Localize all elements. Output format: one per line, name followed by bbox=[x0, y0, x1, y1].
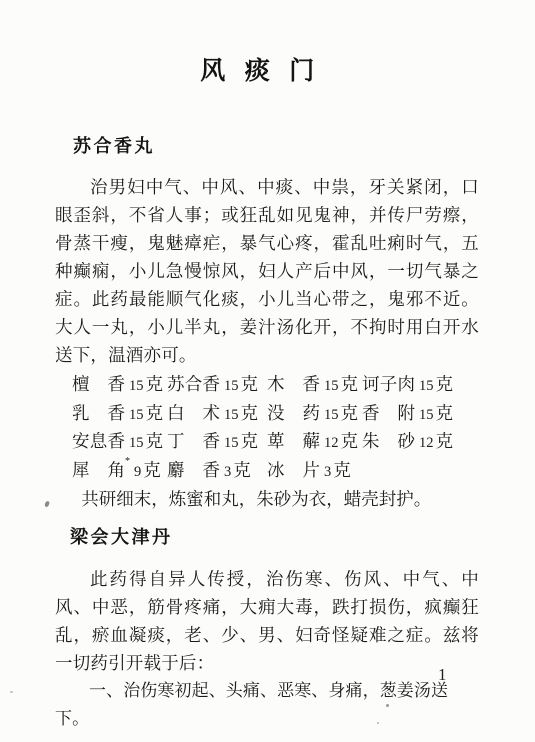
scan-speckle bbox=[386, 704, 389, 707]
text-column: 风痰门 苏合香丸 治男妇中气、中风、中痰、中祟，牙关紧闭，口眼歪斜，不省人事；或… bbox=[55, 0, 479, 733]
ingredient-quantity: 15 bbox=[224, 435, 239, 451]
ingredient-quantity: 15 bbox=[419, 407, 434, 423]
ingredient-item: 木香15克 bbox=[267, 371, 362, 400]
ingredient-unit: 克 bbox=[333, 460, 351, 480]
ingredient-item: 香附15克 bbox=[362, 400, 479, 429]
ingredient-quantity: 15 bbox=[129, 378, 144, 394]
ingredient-item: 冰片3克 bbox=[267, 457, 362, 486]
ingredient-unit: 克 bbox=[241, 431, 259, 451]
ingredient-unit: 克 bbox=[341, 374, 359, 394]
ingredient-name: 麝香 bbox=[167, 457, 220, 484]
footnote-marker: * bbox=[125, 456, 130, 467]
ingredient-unit: 克 bbox=[233, 460, 251, 480]
usage-list-item: 一、治伤寒初起、头痛、恶寒、身痛，葱姜汤送下。 bbox=[55, 677, 479, 733]
formula-heading-lianghuidajindan: 梁会大津丹 bbox=[70, 525, 479, 549]
scanned-book-page: 风痰门 苏合香丸 治男妇中气、中风、中痰、中祟，牙关紧闭，口眼歪斜，不省人事；或… bbox=[0, 0, 535, 742]
scan-speckle bbox=[377, 722, 379, 724]
scan-speckle bbox=[44, 501, 50, 508]
ingredient-quantity: 15 bbox=[324, 378, 339, 394]
ingredient-item: 安息香15克 bbox=[72, 428, 167, 457]
ingredient-quantity: 15 bbox=[419, 378, 434, 394]
ingredient-item: 诃子肉15克 bbox=[362, 371, 479, 400]
ingredient-name: 犀角 bbox=[72, 457, 125, 484]
page-number: 1 bbox=[438, 665, 447, 685]
ingredient-name: 木香 bbox=[267, 371, 320, 398]
ingredient-unit: 克 bbox=[146, 431, 164, 451]
ingredient-quantity: 15 bbox=[224, 407, 239, 423]
ingredient-quantity: 15 bbox=[129, 407, 144, 423]
ingredient-name: 檀香 bbox=[72, 371, 125, 398]
ingredient-name: 丁香 bbox=[167, 428, 220, 455]
ingredient-name: 苏合香 bbox=[167, 371, 220, 398]
ingredient-name: 乳香 bbox=[72, 400, 125, 427]
ingredient-quantity: 3 bbox=[324, 464, 331, 480]
ingredient-item: 白术15克 bbox=[167, 400, 267, 429]
ingredient-item: 苏合香15克 bbox=[167, 371, 267, 400]
ingredient-item: 乳香15克 bbox=[72, 400, 167, 429]
ingredient-unit: 克 bbox=[241, 374, 259, 394]
ingredient-item: 朱砂12克 bbox=[362, 428, 479, 457]
ingredient-unit: 克 bbox=[436, 403, 454, 423]
ingredient-quantity: 15 bbox=[224, 378, 239, 394]
ingredient-name: 萆薢 bbox=[267, 428, 320, 455]
ingredient-item: 麝香3克 bbox=[167, 457, 267, 486]
ingredient-name: 诃子肉 bbox=[362, 371, 415, 398]
ingredient-quantity: 15 bbox=[324, 407, 339, 423]
ingredient-item: 犀角*9克 bbox=[72, 457, 167, 486]
ingredient-unit: 克 bbox=[436, 431, 454, 451]
ingredient-item: 没药15克 bbox=[267, 400, 362, 429]
scan-speckle bbox=[10, 691, 13, 693]
ingredient-unit: 克 bbox=[341, 403, 359, 423]
formula-description: 治男妇中气、中风、中痰、中祟，牙关紧闭，口眼歪斜，不省人事；或狂乱如见鬼神，并传… bbox=[55, 173, 479, 369]
ingredient-quantity: 12 bbox=[419, 435, 434, 451]
ingredient-name: 冰片 bbox=[267, 457, 320, 484]
ingredient-unit: 克 bbox=[436, 374, 454, 394]
ingredient-quantity: 9 bbox=[134, 464, 141, 480]
formula-description: 此药得自异人传授，治伤寒、伤风、中气、中风、中恶，筋骨疼痛，大痈大毒，跌打损伤，… bbox=[55, 565, 479, 677]
ingredient-name: 没药 bbox=[267, 400, 320, 427]
ingredient-list: 檀香15克 苏合香15克 木香15克 诃子肉15克 乳香15克 白术15克 没药… bbox=[72, 371, 479, 485]
formula-heading-suhexiangwan: 苏合香丸 bbox=[73, 134, 479, 158]
ingredient-name: 香附 bbox=[362, 400, 415, 427]
ingredient-unit: 克 bbox=[146, 374, 164, 394]
ingredient-item: 檀香15克 bbox=[72, 371, 167, 400]
ingredient-quantity: 12 bbox=[324, 435, 339, 451]
ingredient-quantity: 3 bbox=[224, 464, 231, 480]
ingredient-quantity: 15 bbox=[129, 435, 144, 451]
ingredient-item: 丁香15克 bbox=[167, 428, 267, 457]
ingredient-name: 白术 bbox=[167, 400, 220, 427]
ingredient-unit: 克 bbox=[241, 403, 259, 423]
preparation-note: 共研细末，炼蜜和丸，朱砂为衣，蜡壳封护。 bbox=[55, 485, 479, 513]
chapter-title: 风痰门 bbox=[55, 56, 479, 87]
ingredient-name: 安息香 bbox=[72, 428, 125, 455]
ingredient-unit: 克 bbox=[146, 403, 164, 423]
ingredient-unit: 克 bbox=[143, 460, 161, 480]
ingredient-name: 朱砂 bbox=[362, 428, 415, 455]
ingredient-unit: 克 bbox=[341, 431, 359, 451]
ingredient-item: 萆薢12克 bbox=[267, 428, 362, 457]
